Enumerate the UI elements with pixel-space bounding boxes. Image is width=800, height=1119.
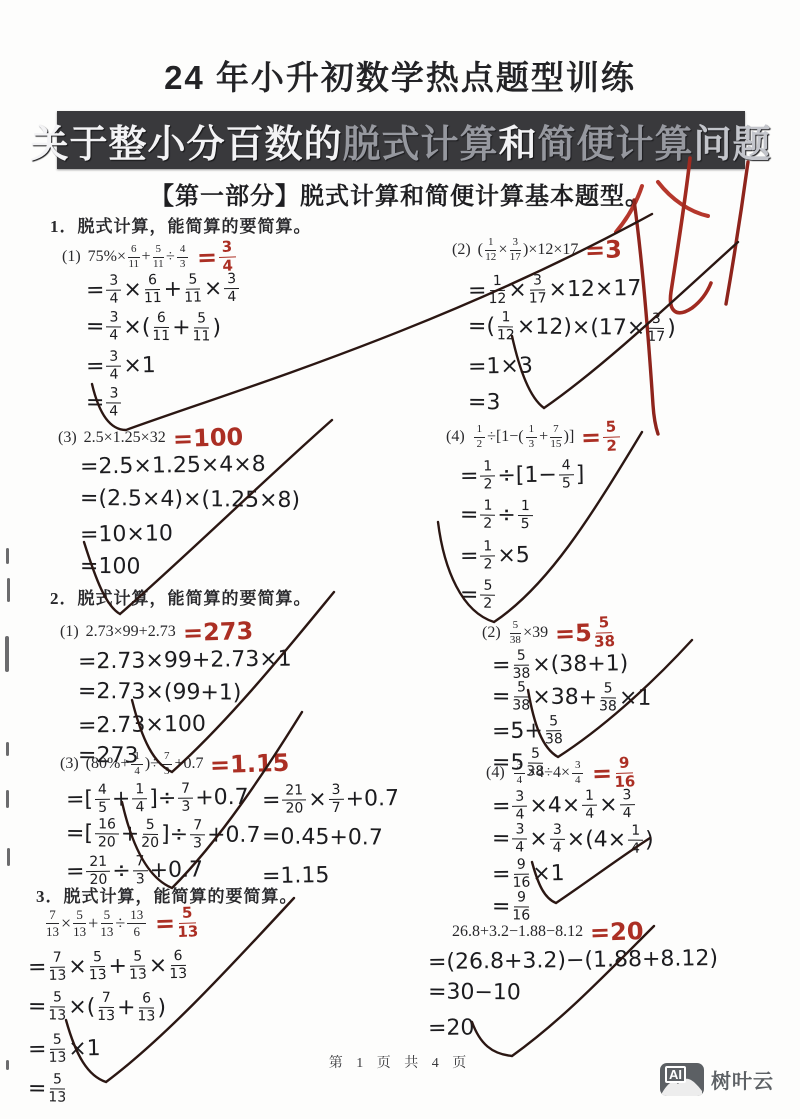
printed-expression: (112×317)×12×17 <box>478 237 579 263</box>
fraction: 538 <box>599 682 617 715</box>
fraction: 34 <box>572 760 584 786</box>
problem-statement-p1_2: (2)(112×317)×12×17=3 <box>452 236 622 264</box>
printed-expression: 34×4÷4×34 <box>512 760 586 786</box>
fraction: 14 <box>628 823 643 856</box>
fraction: 52 <box>480 578 495 611</box>
work-step: =34×(611+511) <box>86 307 242 347</box>
work-step: =2.73×100 <box>78 707 292 742</box>
page-title: 24 年小升初数学热点题型训练 <box>0 52 800 99</box>
work-step: =12÷15 <box>460 494 585 535</box>
banner-text-segment: 简便计算 <box>538 113 694 168</box>
fraction: 34 <box>106 349 121 382</box>
fraction: 34 <box>514 760 526 786</box>
work-step: =916×1 <box>492 855 654 891</box>
fraction: 73 <box>132 854 147 887</box>
printed-expression: 2.5×1.25×32 <box>84 429 166 447</box>
work-step: =30−10 <box>428 975 718 1011</box>
fraction: 713 <box>46 908 59 938</box>
handwritten-work-p2_4: =34×4×14×34=34×34×(4×14)=916×1=916 <box>492 788 654 924</box>
red-answer: =5538 <box>555 615 618 652</box>
work-step: =538×(38+1) <box>492 647 652 682</box>
problem-label: (1) <box>60 623 79 641</box>
fraction: 611 <box>144 273 162 306</box>
fraction: 511 <box>192 311 210 344</box>
work-step: =2.73×(99+1) <box>78 675 292 709</box>
fraction: 12 <box>480 459 495 492</box>
problem-label: (2) <box>452 241 471 259</box>
fraction: 713 <box>48 951 66 984</box>
problem-statement-p2_4: (4)34×4÷4×34=916 <box>486 756 637 791</box>
section-subtitle: 【第一部分】脱式计算和简便计算基本题型。 <box>0 176 800 211</box>
fraction: 14 <box>132 782 147 815</box>
fraction: 34 <box>512 822 527 855</box>
scan-edge-mark <box>6 548 9 564</box>
problem-statement-p1_4: (4)12÷[1−(13+715)]=52 <box>446 420 622 455</box>
work-step: =[1620+520]÷73+0.7 <box>66 815 261 853</box>
printed-expression: 538×39 <box>508 620 549 646</box>
work-step: =34 <box>86 383 242 423</box>
fraction: 34 <box>106 273 121 306</box>
fraction: 317 <box>647 312 665 345</box>
fraction: 45 <box>95 783 110 816</box>
fraction: 112 <box>488 274 506 307</box>
fraction: 715 <box>550 424 562 450</box>
work-step: =12×5 <box>460 534 585 576</box>
red-answer: =513 <box>155 905 201 941</box>
banner-text-segment: 和 <box>499 113 538 168</box>
work-step: =12÷[1−45] <box>460 454 585 496</box>
problem-statement-p3_1: 713×513+513÷136=513 <box>44 906 200 941</box>
work-step: =713×513+513×613 <box>28 945 190 988</box>
fraction: 52 <box>603 419 621 454</box>
work-step: =2.5×1.25×4×8 <box>80 446 301 483</box>
section-1-heading: 1．脱式计算，能简算的要简算。 <box>50 212 312 237</box>
ai-image-logo-icon: AI <box>660 1063 704 1096</box>
watermark: AI 树叶云 <box>660 1063 774 1096</box>
fraction: 34 <box>224 272 239 305</box>
work-step: =52 <box>460 574 585 615</box>
work-step: =112×317×12×17 <box>468 269 676 310</box>
work-step: =34×1 <box>86 345 242 385</box>
fraction: 916 <box>512 857 530 890</box>
work-step: =34×4×14×34 <box>492 787 654 823</box>
section-2-heading: 2．脱式计算，能简算的要简算。 <box>50 584 312 609</box>
fraction: 112 <box>497 310 515 343</box>
work-step: =2.73×99+2.73×1 <box>78 643 292 678</box>
work-step: =(2.5×4)×(1.25×8) <box>80 481 300 517</box>
fraction: 14 <box>582 788 597 821</box>
fraction: 511 <box>153 244 165 270</box>
fraction: 45 <box>559 458 574 491</box>
problem-statement-p2_2: (2)538×39=5538 <box>482 616 617 651</box>
work-step: =100 <box>80 549 300 585</box>
fraction: 538 <box>512 681 530 714</box>
fraction: 317 <box>510 237 522 263</box>
problem-statement-p2_3: (3)(80%+14)÷73+0.7=1.15 <box>60 750 290 778</box>
work-step: =10×10 <box>80 514 301 551</box>
printed-expression: 713×513+513÷136 <box>44 908 148 938</box>
work-step: =0.45+0.7 <box>262 817 399 856</box>
work-step: =3 <box>468 383 676 423</box>
fraction: 317 <box>528 273 546 306</box>
fraction: 1620 <box>95 817 119 850</box>
fraction: 611 <box>152 311 170 344</box>
work-step: =34×611+511×34 <box>86 269 242 309</box>
fraction: 513 <box>100 908 113 938</box>
problem-label: (4) <box>486 764 505 782</box>
work-step: =(112×12)×(17×317) <box>468 307 676 347</box>
fraction: 2120 <box>282 783 306 816</box>
handwritten-work-p3_2: =(26.8+3.2)−(1.88+8.12)=30−10=20 <box>428 944 718 1043</box>
fraction: 513 <box>177 905 199 940</box>
banner-text-segment: 脱式计算 <box>342 113 498 168</box>
problem-label: (4) <box>446 428 465 446</box>
work-step: =34×34×(4×14) <box>492 821 654 857</box>
fraction: 611 <box>128 244 140 270</box>
fraction: 13 <box>526 424 538 450</box>
fraction: 613 <box>137 992 155 1025</box>
scan-edge-mark <box>7 848 10 866</box>
fraction: 73 <box>161 751 173 777</box>
worksheet-page: 24 年小升初数学热点题型训练 关于整小分百数的脱式计算和简便计算问题 【第一部… <box>0 0 800 1119</box>
fraction: 34 <box>550 823 565 856</box>
handwritten-work-p1_4: =12÷[1−45]=12÷15=12×5=52 <box>460 455 584 615</box>
fraction: 34 <box>106 310 121 343</box>
problem-statement-p2_1: (1)2.73×99+2.73=273 <box>60 618 253 646</box>
problem-label: (3) <box>58 429 77 447</box>
work-step: =20 <box>428 1008 718 1045</box>
handwritten-work-p2_3: =[45+14]÷73+0.7=[1620+520]÷73+0.7=2120÷7… <box>66 780 261 888</box>
red-answer: =1.15 <box>210 749 290 780</box>
fraction: 916 <box>614 755 636 790</box>
fraction: 34 <box>106 386 121 419</box>
work-step: =538×38+538×1 <box>492 680 652 715</box>
fraction: 538 <box>545 714 563 747</box>
topic-banner: 关于整小分百数的脱式计算和简便计算问题 <box>57 111 745 169</box>
work-step: =513 <box>28 1068 189 1111</box>
scan-edge-mark <box>5 636 9 672</box>
fraction: 12 <box>480 539 495 572</box>
fraction: 538 <box>512 649 530 682</box>
work-step: =1.15 <box>262 855 400 895</box>
scan-edge-mark <box>6 742 9 756</box>
fraction: 513 <box>88 950 106 983</box>
fraction: 713 <box>97 991 115 1024</box>
fraction: 73 <box>190 818 205 851</box>
problem-label: (3) <box>60 755 79 773</box>
red-answer: =52 <box>581 419 623 455</box>
printed-expression: (80%+14)÷73+0.7 <box>86 751 204 777</box>
red-answer: =916 <box>592 755 638 791</box>
fraction: 34 <box>619 788 634 821</box>
banner-text-segment: 关于整小分百数的 <box>30 113 342 168</box>
scan-edge-mark <box>7 578 10 602</box>
problem-statement-p3_2: 26.8+3.2−1.88−8.12=20 <box>452 918 644 946</box>
work-step: =[45+14]÷73+0.7 <box>66 779 261 818</box>
printed-expression: 26.8+3.2−1.88−8.12 <box>452 923 583 941</box>
work-step: =5+538 <box>492 713 652 748</box>
fraction: 43 <box>177 244 189 270</box>
handwritten-work-p1_1: =34×611+511×34=34×(611+511)=34×1=34 <box>86 270 241 422</box>
fraction: 2120 <box>86 855 110 888</box>
fraction: 136 <box>127 908 146 938</box>
handwritten-work-p1_3: =2.5×1.25×4×8=(2.5×4)×(1.25×8)=10×10=100 <box>80 448 300 584</box>
fraction: 513 <box>48 1073 66 1106</box>
fraction: 112 <box>485 237 497 263</box>
work-step: =(26.8+3.2)−(1.88+8.12) <box>428 942 718 979</box>
fraction: 14 <box>131 751 143 777</box>
fraction: 15 <box>518 499 533 532</box>
fraction: 73 <box>178 781 193 814</box>
printed-expression: 75%×611+511÷43 <box>88 244 191 270</box>
problem-label: (1) <box>62 248 81 266</box>
fraction: 34 <box>512 789 527 822</box>
work-step: =2120×37+0.7 <box>262 779 400 819</box>
fraction: 613 <box>169 949 187 982</box>
watermark-brand-text: 树叶云 <box>711 1065 774 1094</box>
work-step: =2120÷73+0.7 <box>66 851 261 890</box>
handwritten-work-p3_1: =713×513+513×613=513×(713+613)=513×1=513 <box>28 946 189 1110</box>
printed-expression: 12÷[1−(13+715)] <box>472 424 575 450</box>
fraction: 12 <box>480 498 495 531</box>
handwritten-work-cont-p2_3: =2120×37+0.7=0.45+0.7=1.15 <box>262 780 399 894</box>
fraction: 538 <box>510 620 522 646</box>
work-step: =513×(713+613) <box>28 986 189 1029</box>
problem-label: (2) <box>482 624 501 642</box>
fraction: 12 <box>474 424 486 450</box>
fraction: 520 <box>141 818 159 851</box>
fraction: 513 <box>73 908 86 938</box>
banner-text-segment: 问题 <box>694 113 772 168</box>
fraction: 37 <box>328 783 343 816</box>
fraction: 511 <box>184 272 202 305</box>
handwritten-work-p1_2: =112×317×12×17=(112×12)×(17×317)=1×3=3 <box>468 270 676 422</box>
fraction: 538 <box>593 615 615 650</box>
fraction: 513 <box>48 991 66 1024</box>
scan-edge-mark <box>6 790 9 808</box>
work-step: =1×3 <box>468 345 676 386</box>
printed-expression: 2.73×99+2.73 <box>86 623 176 641</box>
fraction: 513 <box>129 950 147 983</box>
red-answer: =3 <box>585 235 623 264</box>
